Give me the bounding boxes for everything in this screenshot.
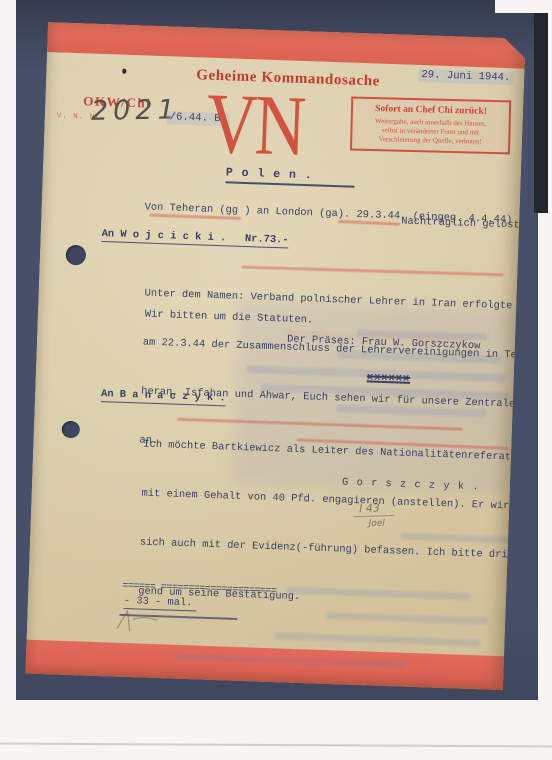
scanned-page: Geheime Kommandosache 29. Juni 1944. OKW… — [0, 0, 552, 760]
paper-shading — [25, 22, 525, 690]
scanner-corner — [495, 0, 552, 13]
paper-edge-line — [0, 743, 552, 748]
shadow-strip — [534, 13, 548, 213]
document-sheet: Geheime Kommandosache 29. Juni 1944. OKW… — [25, 22, 525, 690]
